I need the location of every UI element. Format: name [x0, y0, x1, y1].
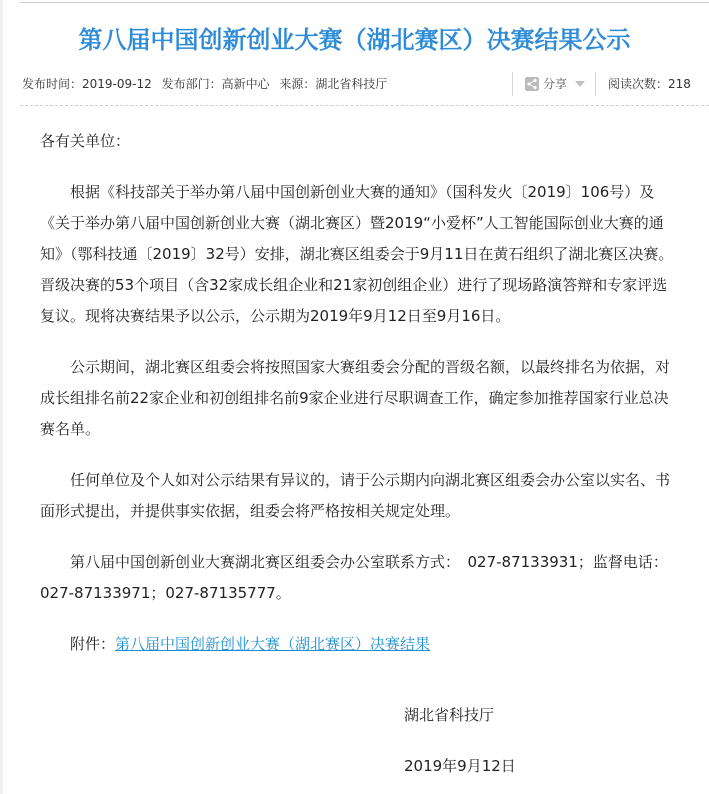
top-divider	[20, 2, 709, 3]
publish-time: 发布时间：2019-09-12	[22, 77, 152, 91]
article-meta-info: 发布时间：2019-09-12 发布部门：高新中心 来源：湖北省科技厅	[22, 72, 393, 96]
chevron-down-icon	[575, 81, 585, 87]
page-title: 第八届中国创新创业大赛（湖北赛区）决赛结果公示	[0, 24, 709, 56]
paragraph-4: 第八届中国创新创业大赛湖北赛区组委会办公室联系方式： 027-87133931；…	[40, 547, 680, 609]
article-source: 来源：湖北省科技厅	[279, 77, 387, 91]
greeting: 各有关单位：	[40, 126, 680, 157]
share-label: 分享	[543, 72, 567, 96]
signature-date: 2019年9月12日	[404, 755, 516, 776]
meta-divider	[20, 105, 709, 106]
share-icon	[525, 77, 539, 91]
paragraph-3: 任何单位及个人如对公示结果有异议的，请于公示期内向湖北赛区组委会办公室以实名、书…	[40, 465, 680, 527]
paragraph-1: 根据《科技部关于举办第八届中国创新创业大赛的通知》（国科发火〔2019〕106号…	[40, 177, 680, 332]
left-edge-border	[0, 0, 3, 794]
article-body: 各有关单位： 根据《科技部关于举办第八届中国创新创业大赛的通知》（国科发火〔20…	[40, 126, 680, 680]
article-meta-bar: 发布时间：2019-09-12 发布部门：高新中心 来源：湖北省科技厅 分享 阅…	[22, 72, 687, 96]
attachment-label: 附件：	[70, 635, 115, 653]
signature-org: 湖北省科技厅	[404, 704, 494, 725]
publish-department: 发布部门：高新中心	[162, 77, 270, 91]
attachment-link[interactable]: 第八届中国创新创业大赛（湖北赛区）决赛结果	[115, 635, 430, 653]
attachment-line: 附件：第八届中国创新创业大赛（湖北赛区）决赛结果	[40, 629, 680, 660]
paragraph-2: 公示期间，湖北赛区组委会将按照国家大赛组委会分配的晋级名额，以最终排名为依据，对…	[40, 352, 680, 445]
share-button[interactable]: 分享	[512, 72, 585, 96]
read-count: 阅读次数：218	[595, 72, 691, 96]
